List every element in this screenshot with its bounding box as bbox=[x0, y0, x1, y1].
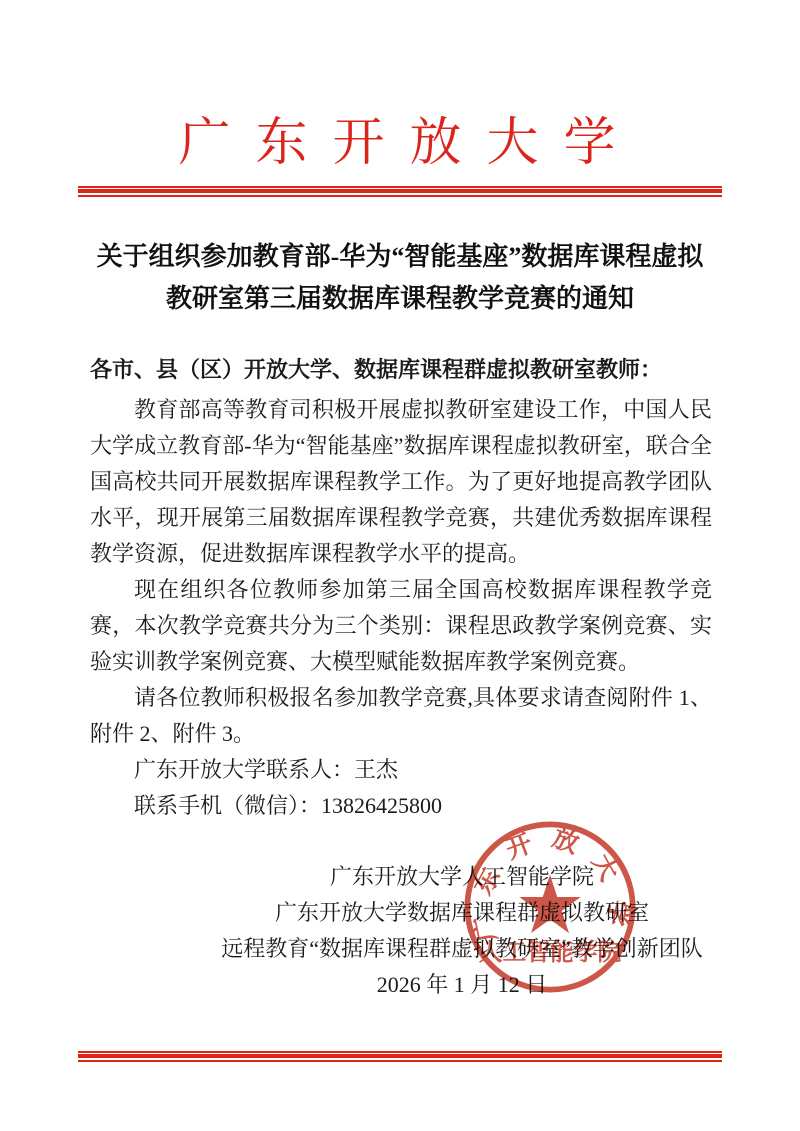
document-page: 广 东 开 放 大 学 关于组织参加教育部-华为“智能基座”数据库课程虚拟 教研… bbox=[0, 0, 800, 1131]
document-title: 关于组织参加教育部-华为“智能基座”数据库课程虚拟 教研室第三届数据库课程教学竞… bbox=[40, 236, 760, 320]
university-name: 广 东 开 放 大 学 bbox=[0, 118, 800, 170]
signature-block: 广东开放大学人工智能学院 广东开放大学数据库课程群虚拟教研室 远程教育“数据库课… bbox=[62, 859, 800, 1003]
contact-phone-line: 联系手机（微信）：13826425800 bbox=[90, 788, 712, 824]
paragraph-background: 教育部高等教育司积极开展虚拟教研室建设工作，中国人民大学成立教育部-华为“智能基… bbox=[90, 392, 712, 572]
paragraph-competition: 现在组织各位教师参加第三届全国高校数据库课程教学竞赛，本次教学竞赛共分为三个类别… bbox=[90, 572, 712, 680]
signature-line-college: 广东开放大学人工智能学院 bbox=[62, 859, 800, 895]
signature-line-innovation-team: 远程教育“数据库课程群虚拟教研室”教学创新团队 bbox=[62, 931, 800, 967]
body-text: 教育部高等教育司积极开展虚拟教研室建设工作，中国人民大学成立教育部-华为“智能基… bbox=[90, 392, 712, 824]
header-rule bbox=[78, 186, 722, 197]
footer-rule bbox=[78, 1051, 722, 1062]
signature-line-teaching-office: 广东开放大学数据库课程群虚拟教研室 bbox=[62, 895, 800, 931]
contact-person-line: 广东开放大学联系人：王杰 bbox=[90, 752, 712, 788]
paragraph-signup: 请各位教师积极报名参加教学竞赛,具体要求请查阅附件 1、附件 2、附件 3。 bbox=[90, 680, 712, 752]
document-title-line-2: 教研室第三届数据库课程教学竞赛的通知 bbox=[40, 278, 760, 320]
document-title-line-1: 关于组织参加教育部-华为“智能基座”数据库课程虚拟 bbox=[40, 236, 760, 278]
signature-date: 2026 年 1 月 12 日 bbox=[62, 967, 800, 1003]
salutation: 各市、县（区）开放大学、数据库课程群虚拟教研室教师： bbox=[90, 352, 730, 388]
